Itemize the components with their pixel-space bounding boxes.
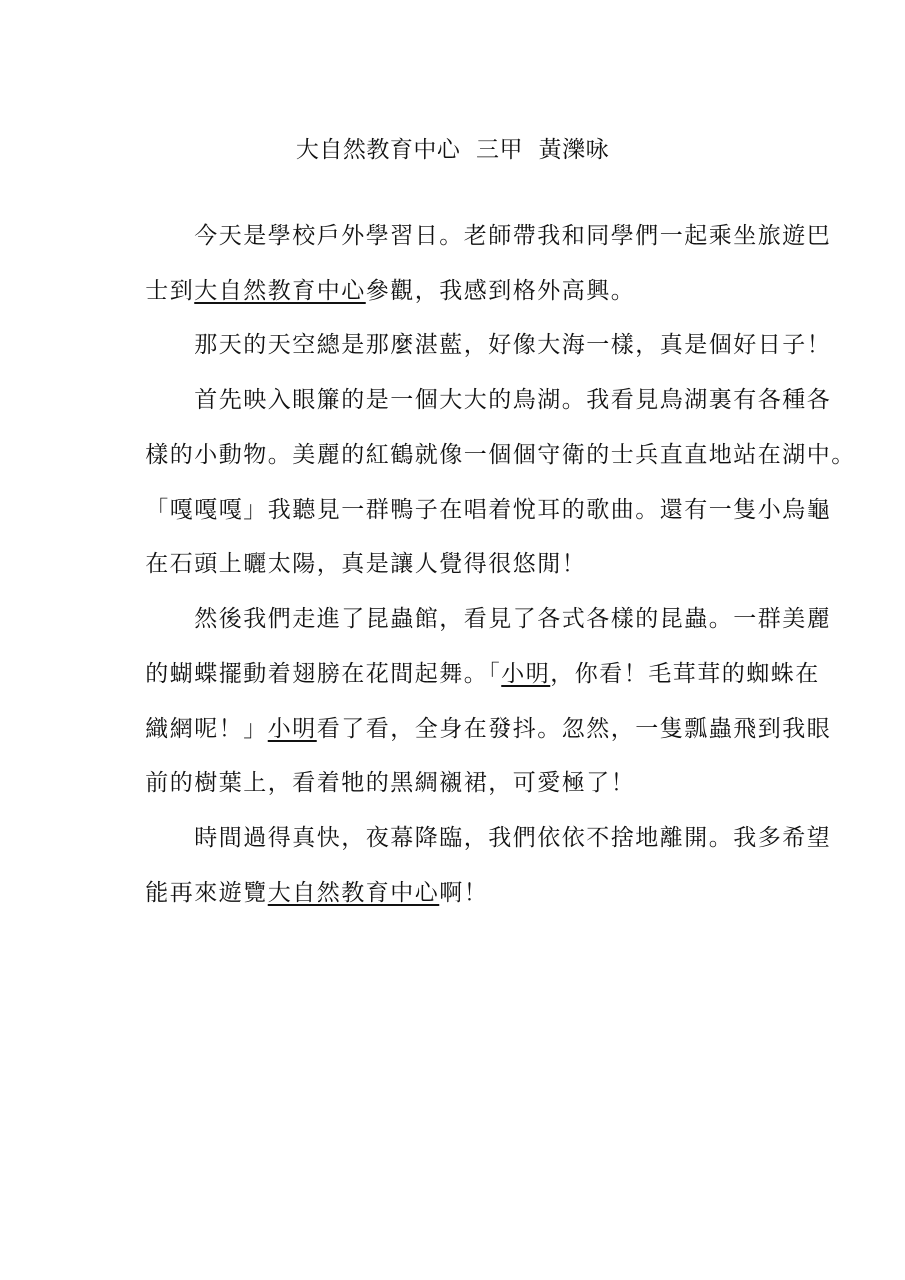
document-title: 大自然教育中心 三甲 黃濼咏 [0, 134, 905, 166]
text-run: 啊！ [439, 880, 488, 906]
underlined-place-name: 大自然教育中心 [268, 880, 440, 906]
text-line: 能再來遊覽大自然教育中心啊！ [110, 845, 488, 941]
text-run: 能再來遊覽 [145, 880, 268, 906]
document-page: 大自然教育中心 三甲 黃濼咏 今天是學校戶外學習日。老師帶我和同學們一起乘坐旅遊… [0, 0, 905, 1280]
